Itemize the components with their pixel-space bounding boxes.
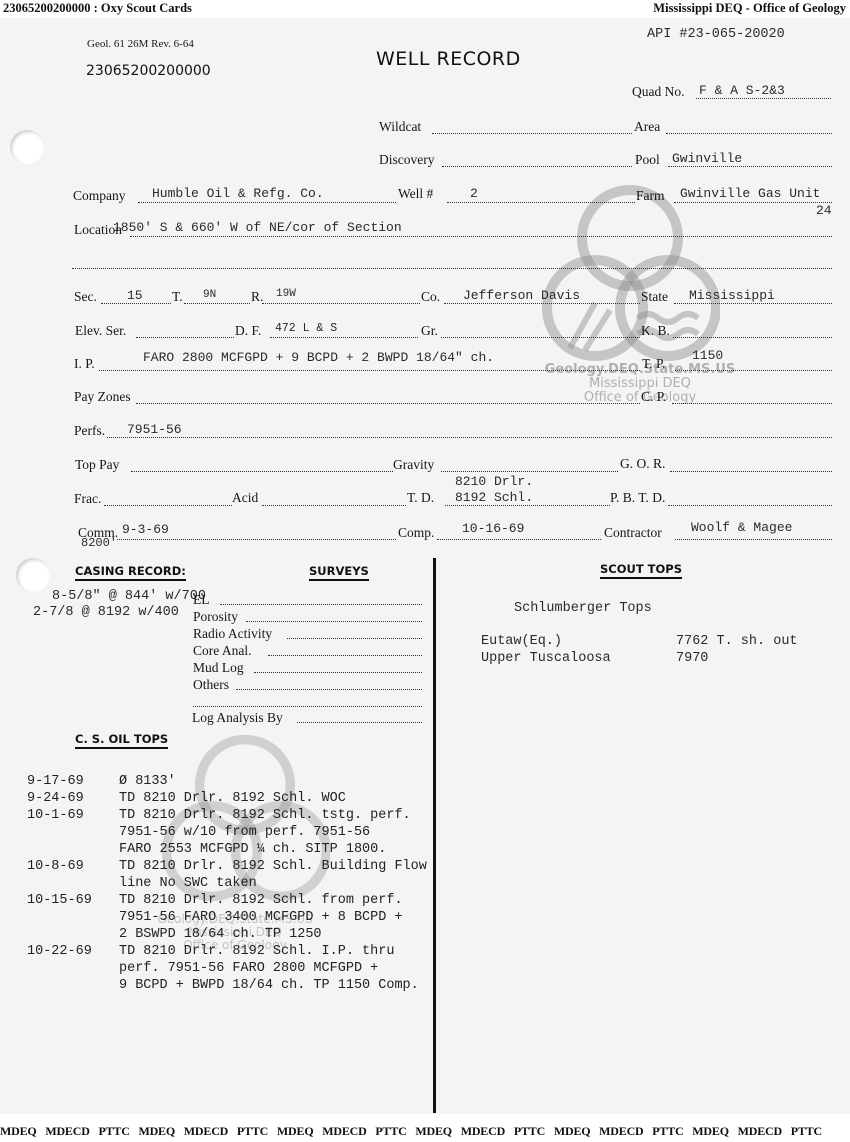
state-label: State [641, 289, 668, 305]
entry-text: perf. 7951-56 FARO 2800 MCFGPD + [119, 961, 378, 976]
gravity-label: Gravity [393, 457, 434, 473]
td-label: T. D. [407, 490, 434, 506]
company-field[interactable]: Humble Oil & Refg. Co. [152, 186, 324, 201]
scout-tops-subheading: Schlumberger Tops [514, 601, 652, 616]
survey-radio-activity-label: Radio Activity [193, 626, 272, 642]
gr-label: Gr. [421, 323, 438, 339]
scout-top-name: Upper Tuscaloosa [481, 651, 611, 666]
entry-date: 9-24-69 [27, 790, 119, 807]
company-label: Company [73, 188, 126, 204]
cp-label: C. P. [641, 389, 666, 405]
footer-credits: MDEQ MDECD PTTC MDEQ MDECD PTTC MDEQ MDE… [0, 1124, 850, 1139]
scout-top-value: 7762 T. sh. out [676, 634, 798, 649]
entry-date: 10-15-69 [27, 892, 119, 909]
surveys-heading: SURVEYS [309, 564, 369, 581]
section-label: Sec. [74, 289, 97, 305]
well-no-label: Well # [398, 186, 433, 202]
perfs-label: Perfs. [74, 423, 105, 439]
survey-porosity-label: Porosity [193, 609, 238, 625]
entry-date: 10-8-69 [27, 858, 119, 875]
entry-date: 10-1-69 [27, 807, 119, 824]
pool-field[interactable]: Gwinville [672, 151, 742, 166]
area-label: Area [634, 119, 660, 135]
elev-ser-label: Elev. Ser. [75, 323, 126, 339]
casing-record-heading: CASING RECORD: [75, 564, 186, 581]
farm-field[interactable]: Gwinville Gas Unit [680, 186, 820, 201]
source-agency: Mississippi DEQ - Office of Geology [653, 1, 846, 16]
page-title: WELL RECORD [376, 48, 521, 70]
tp-field[interactable]: 1150 [692, 348, 723, 363]
casing-line: 8-5/8" @ 844' w/700 [52, 589, 206, 604]
pbtd-label: P. B. T. D. [610, 490, 665, 506]
entry-text: TD 8210 Drlr. 8192 Schl. Building Flow [119, 859, 427, 874]
oil-top-entry: 9-17-69Ø 8133' [27, 773, 176, 790]
contractor-label: Contractor [604, 525, 662, 541]
entry-text: 9 BCPD + BWPD 18/64 ch. TP 1150 Comp. [119, 978, 419, 993]
oil-top-entry: 10-8-69TD 8210 Drlr. 8192 Schl. Building… [27, 858, 427, 892]
entry-text: TD 8210 Drlr. 8192 Schl. I.P. thru [119, 944, 394, 959]
quad-no-field[interactable]: F & A S-2&3 [699, 83, 785, 98]
well-record-card: Geology.DEQ.State.MS.US Mississippi DEQ … [0, 18, 850, 1114]
farm-field-continued[interactable]: 24 [816, 203, 832, 218]
comp-field[interactable]: 10-16-69 [462, 521, 524, 536]
location-field[interactable]: 1850' S & 660' W of NE/cor of Section [113, 220, 402, 235]
kb-label: K. B. [641, 323, 670, 339]
ip-field[interactable]: FARO 2800 MCFGPD + 9 BCPD + 2 BWPD 18/64… [143, 350, 494, 365]
form-code: Geol. 61 26M Rev. 6-64 [87, 38, 194, 50]
watermark-line: Mississippi DEQ [540, 377, 740, 391]
td-driller-field[interactable]: 8210 Drlr. [455, 474, 533, 489]
cs-oil-tops-heading: C. S. OIL TOPS [75, 732, 168, 749]
entry-date: 9-17-69 [27, 773, 119, 790]
df-label: D. F. [235, 323, 261, 339]
punch-hole-icon [16, 558, 50, 592]
entry-text: 7951-56 w/10 from perf. 7951-56 [119, 825, 370, 840]
entry-text: TD 8210 Drlr. 8192 Schl. from perf. [119, 893, 403, 908]
oil-top-entry: 10-15-69TD 8210 Drlr. 8192 Schl. from pe… [27, 892, 403, 943]
pay-zones-label: Pay Zones [74, 389, 131, 405]
df-field[interactable]: 472 L & S [275, 322, 337, 335]
frac-label: Frac. [74, 491, 101, 507]
punch-hole-icon [10, 130, 44, 164]
scout-top-value: 7970 [676, 651, 708, 666]
farm-label: Farm [636, 188, 665, 204]
gor-label: G. O. R. [620, 456, 665, 472]
entry-text: 2 BSWPD 18/64 ch. TP 1250 [119, 927, 322, 942]
td-schlumberger-field[interactable]: 8192 Schl. [455, 490, 533, 505]
entry-text: TD 8210 Drlr. 8192 Schl. tstg. perf. [119, 808, 411, 823]
acid-label: Acid [232, 490, 258, 506]
column-divider [433, 558, 436, 1113]
top-pay-label: Top Pay [75, 457, 119, 473]
tp-label: T. P. [642, 356, 665, 372]
entry-text: TD 8210 Drlr. 8192 Schl. WOC [119, 791, 346, 806]
mdeq-watermark-logo-icon [540, 178, 720, 368]
county-label: Co. [421, 289, 440, 305]
contractor-field[interactable]: Woolf & Magee [691, 520, 792, 535]
range-field[interactable]: 19W [276, 288, 296, 300]
survey-el-label: EL [193, 592, 210, 608]
comm-note: 8200' [81, 536, 117, 550]
township-label: T. [172, 289, 183, 305]
entry-text: Ø 8133' [119, 774, 176, 789]
scout-tops-heading: SCOUT TOPS [600, 562, 682, 579]
survey-log-analysis-label: Log Analysis By [192, 710, 283, 726]
state-field[interactable]: Mississippi [689, 288, 775, 303]
scout-top-name: Eutaw(Eq.) [481, 634, 562, 649]
oil-top-entry: 10-1-69TD 8210 Drlr. 8192 Schl. tstg. pe… [27, 807, 411, 858]
pool-label: Pool [635, 152, 660, 168]
entry-text: 7951-56 FARO 3400 MCFGPD + 8 BCPD + [119, 910, 403, 925]
wildcat-label: Wildcat [379, 119, 421, 135]
quad-no-label: Quad No. [632, 84, 685, 100]
viewer-header: 23065200200000 : Oxy Scout Cards Mississ… [0, 0, 850, 18]
section-field[interactable]: 15 [127, 288, 143, 303]
entry-date: 10-22-69 [27, 943, 119, 960]
discovery-label: Discovery [379, 152, 434, 168]
casing-line: 2-7/8 @ 8192 w/400 [33, 605, 179, 620]
oil-top-entry: 10-22-69TD 8210 Drlr. 8192 Schl. I.P. th… [27, 943, 419, 994]
comm-field[interactable]: 9-3-69 [122, 522, 169, 537]
entry-text: FARO 2553 MCFGPD ¼ ch. SITP 1800. [119, 842, 386, 857]
ip-label: I. P. [74, 356, 95, 372]
entry-text: line No SWC taken [119, 876, 257, 891]
survey-core-anal-label: Core Anal. [193, 643, 252, 659]
comp-label: Comp. [398, 525, 434, 541]
file-number: 23065200200000 [86, 63, 211, 79]
county-field[interactable]: Jefferson Davis [463, 288, 580, 303]
well-no-field[interactable]: 2 [470, 186, 478, 201]
survey-others-label: Others [193, 677, 229, 693]
document-title: 23065200200000 : Oxy Scout Cards [3, 1, 192, 16]
api-number: API #23-065-20020 [647, 27, 785, 42]
oil-top-entry: 9-24-69TD 8210 Drlr. 8192 Schl. WOC [27, 790, 346, 807]
survey-mud-log-label: Mud Log [193, 660, 244, 676]
township-field[interactable]: 9N [203, 289, 216, 301]
perfs-field[interactable]: 7951-56 [127, 422, 182, 437]
